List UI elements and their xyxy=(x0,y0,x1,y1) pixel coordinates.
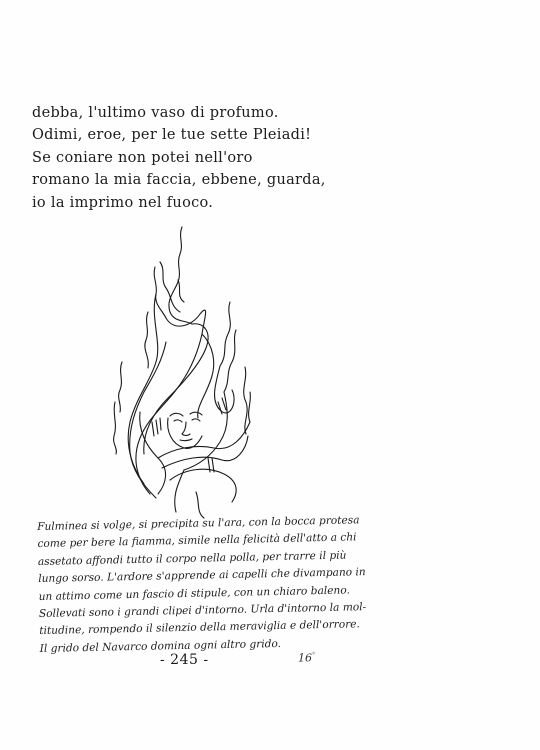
signature-mark: 16* xyxy=(298,651,316,665)
page-number: - 245 - xyxy=(160,652,209,668)
poem-verse-block: debba, l'ultimo vaso di profumo. Odimi, … xyxy=(32,102,326,214)
signature-number: 16 xyxy=(298,652,312,665)
poem-line: Se coniare non potei nell'oro xyxy=(32,147,326,169)
flame-face-illustration xyxy=(100,222,280,522)
book-page: debba, l'ultimo vaso di profumo. Odimi, … xyxy=(0,0,540,750)
flame-face-drawing-icon xyxy=(100,222,280,522)
poem-line: romano la mia faccia, ebbene, guarda, xyxy=(32,169,326,191)
poem-line: io la imprimo nel fuoco. xyxy=(32,192,326,214)
signature-suffix: * xyxy=(312,651,316,659)
poem-line: debba, l'ultimo vaso di profumo. xyxy=(32,102,326,124)
poem-line: Odimi, eroe, per le tue sette Pleiadi! xyxy=(32,124,326,146)
illustration-caption: Fulminea si volge, si precipita su l'ara… xyxy=(37,512,360,658)
